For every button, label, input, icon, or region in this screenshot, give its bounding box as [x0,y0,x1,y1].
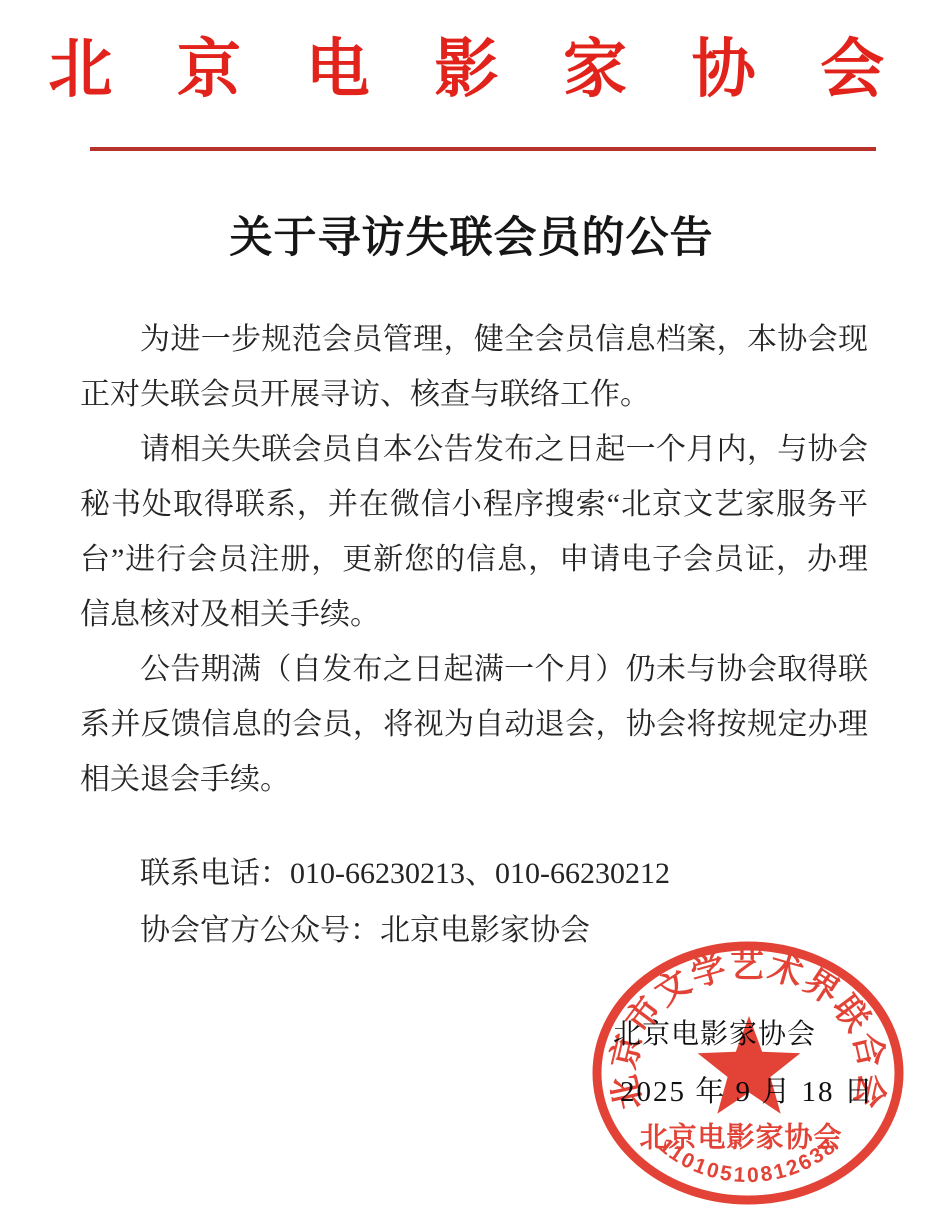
org-title: 北 京 电 影 家 协 会 [0,18,943,110]
announcement-document: 北 京 电 影 家 协 会 关于寻访失联会员的公告 为进一步规范会员管理，健全会… [0,0,943,1209]
official-seal: 北京市文学艺术界联合会 北京电影家协会 11010510812638 [585,925,915,1209]
header-divider [90,147,876,151]
contact-phone: 联系电话：010-66230213、010-66230212 [80,845,868,902]
paragraph-3: 公告期满（自发布之日起满一个月）仍未与协会取得联系并反馈信息的会员，将视为自动退… [80,642,868,807]
paragraph-1: 为进一步规范会员管理，健全会员信息档案，本协会现正对失联会员开展寻访、核查与联络… [80,312,868,422]
seal-star-icon [698,1016,801,1114]
doc-title: 关于寻访失联会员的公告 [0,204,943,265]
paragraph-2: 请相关失联会员自本公告发布之日起一个月内，与协会秘书处取得联系，并在微信小程序搜… [80,422,868,642]
document-body: 为进一步规范会员管理，健全会员信息档案，本协会现正对失联会员开展寻访、核查与联络… [80,312,868,807]
